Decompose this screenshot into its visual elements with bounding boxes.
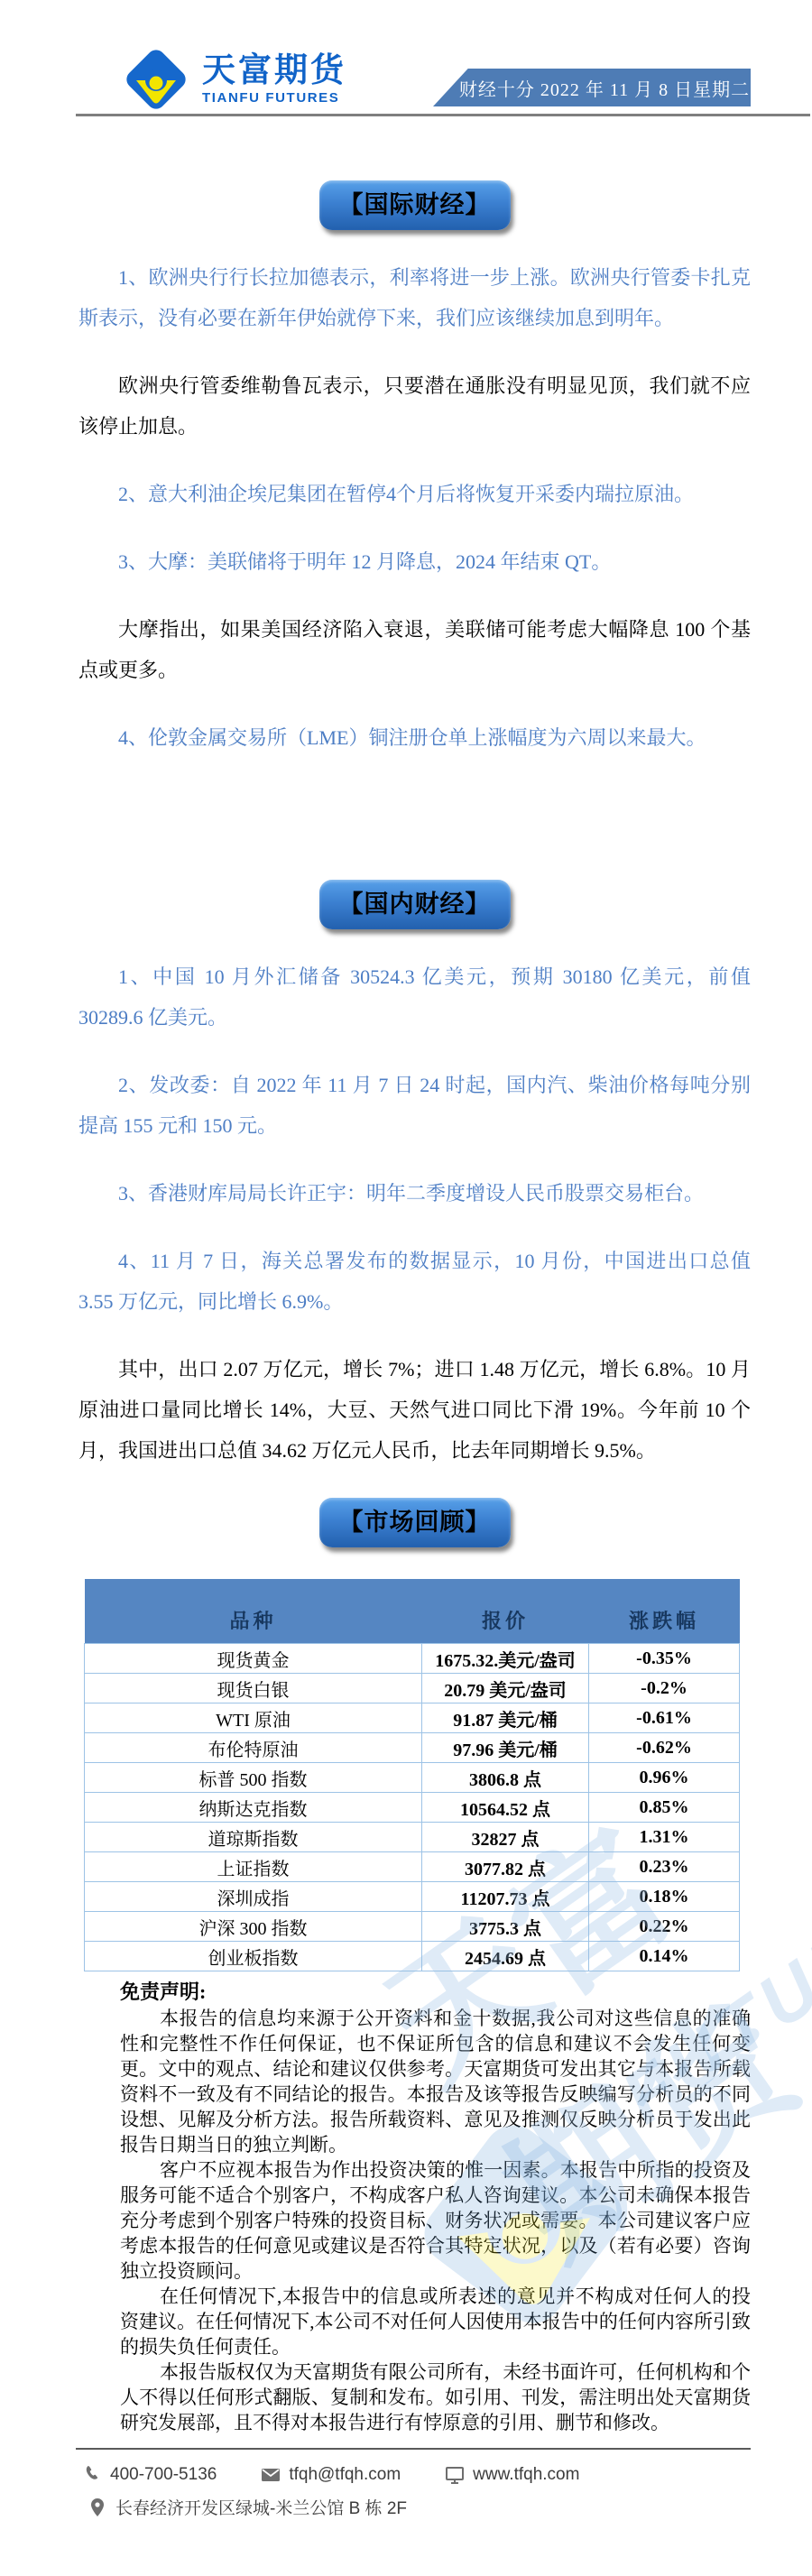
section-title-domestic: 【国内财经】	[319, 880, 511, 929]
date-banner: 财经十分 2022 年 11 月 8 日星期二	[433, 69, 751, 106]
instrument-name: 现货白银	[85, 1674, 422, 1703]
logo-title: 天富期货	[202, 52, 346, 88]
instrument-price: 3077.82 点	[422, 1852, 589, 1882]
table-header-row: 品种 报价 涨跌幅	[85, 1579, 740, 1644]
instrument-change: -0.62%	[589, 1733, 740, 1763]
instrument-change: 0.22%	[589, 1912, 740, 1942]
col-header-change: 涨跌幅	[589, 1579, 740, 1644]
instrument-name: 纳斯达克指数	[85, 1793, 422, 1823]
location-pin-icon	[87, 2497, 108, 2518]
header-divider	[76, 114, 810, 116]
domestic-paragraph-3: 3、香港财库局局长许正宇：明年二季度增设人民币股票交易柜台。	[78, 1173, 751, 1214]
domestic-paragraph-2: 2、发改委：自 2022 年 11 月 7 日 24 时起，国内汽、柴油价格每吨…	[78, 1065, 751, 1146]
instrument-name: 标普 500 指数	[85, 1763, 422, 1793]
instrument-name: 沪深 300 指数	[85, 1912, 422, 1942]
section-international: 【国际财经】	[78, 180, 751, 230]
logo-subtitle: TIANFU FUTURES	[202, 90, 346, 106]
disclaimer-paragraph-4: 本报告版权仅为天富期货有限公司所有，未经书面许可，任何机构和个人不得以任何形式翻…	[120, 2359, 751, 2435]
instrument-change: -0.35%	[589, 1644, 740, 1674]
disclaimer-paragraph-2: 客户不应视本报告为作出投资决策的惟一因素。本报告中所指的投资及服务可能不适合个别…	[120, 2157, 751, 2284]
footer-contacts: 400-700-5136 tfqh@tfqh.com www.tfqh.com	[81, 2464, 812, 2486]
instrument-name: 布伦特原油	[85, 1733, 422, 1763]
instrument-price: 1675.32.美元/盎司	[422, 1644, 589, 1674]
footer-address: 长春经济开发区绿城-米兰公馆 B 栋 2F	[87, 2495, 812, 2519]
table-row: 道琼斯指数32827 点1.31%	[85, 1823, 740, 1852]
instrument-name: 道琼斯指数	[85, 1823, 422, 1852]
table-row: 标普 500 指数3806.8 点0.96%	[85, 1763, 740, 1793]
col-header-price: 报价	[422, 1579, 589, 1644]
instrument-change: 1.31%	[589, 1823, 740, 1852]
market-review-table: 品种 报价 涨跌幅 现货黄金1675.32.美元/盎司-0.35% 现货白银20…	[84, 1579, 740, 1971]
instrument-name: 上证指数	[85, 1852, 422, 1882]
instrument-price: 97.96 美元/桶	[422, 1733, 589, 1763]
monitor-icon	[444, 2464, 466, 2486]
instrument-price: 32827 点	[422, 1823, 589, 1852]
instrument-name: 创业板指数	[85, 1942, 422, 1971]
intl-paragraph-3: 2、意大利油企埃尼集团在暂停4个月后将恢复开采委内瑞拉原油。	[78, 474, 751, 514]
instrument-name: WTI 原油	[85, 1703, 422, 1733]
company-logo: 天富期货 TIANFU FUTURES	[123, 43, 346, 115]
instrument-price: 3806.8 点	[422, 1763, 589, 1793]
disclaimer: 免责声明: 本报告的信息均来源于公开资料和金十数据,我公司对这些信息的准确性和完…	[120, 1979, 751, 2435]
instrument-price: 91.87 美元/桶	[422, 1703, 589, 1733]
mail-icon	[260, 2464, 281, 2486]
section-title-market-review: 【市场回顾】	[319, 1498, 511, 1547]
phone-group: 400-700-5136	[81, 2464, 217, 2486]
intl-paragraph-5: 大摩指出，如果美国经济陷入衰退，美联储可能考虑大幅降息 100 个基点或更多。	[78, 609, 751, 690]
table-row: 沪深 300 指数3775.3 点0.22%	[85, 1912, 740, 1942]
instrument-name: 现货黄金	[85, 1644, 422, 1674]
intl-paragraph-1: 1、欧洲央行行长拉加德表示，利率将进一步上涨。欧洲央行管委卡扎克斯表示，没有必要…	[78, 257, 751, 338]
domestic-paragraph-4: 4、11 月 7 日，海关总署发布的数据显示，10 月份，中国进出口总值 3.5…	[78, 1241, 751, 1322]
tianfu-diamond-logo-icon	[123, 43, 189, 115]
section-market-review: 【市场回顾】	[78, 1498, 751, 1547]
logo-text: 天富期货 TIANFU FUTURES	[202, 52, 346, 106]
address-group: 长春经济开发区绿城-米兰公馆 B 栋 2F	[87, 2495, 407, 2519]
instrument-change: 0.23%	[589, 1852, 740, 1882]
instrument-change: -0.61%	[589, 1703, 740, 1733]
table-row: 纳斯达克指数10564.52 点0.85%	[85, 1793, 740, 1823]
instrument-change: 0.96%	[589, 1763, 740, 1793]
disclaimer-heading: 免责声明:	[120, 1979, 751, 2006]
table-row: WTI 原油91.87 美元/桶-0.61%	[85, 1703, 740, 1733]
website-url[interactable]: www.tfqh.com	[473, 2465, 579, 2485]
instrument-price: 11207.73 点	[422, 1882, 589, 1912]
instrument-price: 20.79 美元/盎司	[422, 1674, 589, 1703]
disclaimer-paragraph-3: 在任何情况下,本报告中的信息或所表述的意见并不构成对任何人的投资建议。在任何情况…	[120, 2284, 751, 2359]
intl-paragraph-4: 3、大摩：美联储将于明年 12 月降息，2024 年结束 QT。	[78, 541, 751, 582]
newsletter-body: 【国际财经】 1、欧洲央行行长拉加德表示，利率将进一步上涨。欧洲央行管委卡扎克斯…	[78, 180, 751, 1971]
instrument-change: 0.14%	[589, 1942, 740, 1971]
intl-paragraph-6: 4、伦敦金属交易所（LME）铜注册仓单上涨幅度为六周以来最大。	[78, 717, 751, 758]
address-text: 长春经济开发区绿城-米兰公馆 B 栋 2F	[115, 2495, 407, 2519]
col-header-instrument: 品种	[85, 1579, 422, 1644]
table-row: 现货黄金1675.32.美元/盎司-0.35%	[85, 1644, 740, 1674]
section-title-international: 【国际财经】	[319, 180, 511, 230]
instrument-change: 0.18%	[589, 1882, 740, 1912]
instrument-name: 深圳成指	[85, 1882, 422, 1912]
disclaimer-paragraph-1: 本报告的信息均来源于公开资料和金十数据,我公司对这些信息的准确性和完整性不作任何…	[120, 2006, 751, 2157]
section-domestic: 【国内财经】	[78, 880, 751, 929]
table-row: 上证指数3077.82 点0.23%	[85, 1852, 740, 1882]
phone-icon	[81, 2464, 103, 2486]
instrument-price: 10564.52 点	[422, 1793, 589, 1823]
page-header: 天富期货 TIANFU FUTURES 财经十分 2022 年 11 月 8 日…	[0, 0, 812, 117]
table-row: 创业板指数2454.69 点0.14%	[85, 1942, 740, 1971]
phone-number: 400-700-5136	[110, 2465, 217, 2485]
footer-divider	[76, 2448, 751, 2450]
instrument-price: 2454.69 点	[422, 1942, 589, 1971]
table-row: 布伦特原油97.96 美元/桶-0.62%	[85, 1733, 740, 1763]
table-row: 深圳成指11207.73 点0.18%	[85, 1882, 740, 1912]
instrument-price: 3775.3 点	[422, 1912, 589, 1942]
email-group: tfqh@tfqh.com	[260, 2464, 401, 2486]
website-group: www.tfqh.com	[444, 2464, 579, 2486]
domestic-paragraph-1: 1、中国 10 月外汇储备 30524.3 亿美元，预期 30180 亿美元，前…	[78, 956, 751, 1038]
instrument-change: -0.2%	[589, 1674, 740, 1703]
email-address[interactable]: tfqh@tfqh.com	[289, 2465, 401, 2485]
domestic-paragraph-5: 其中，出口 2.07 万亿元，增长 7%；进口 1.48 万亿元，增长 6.8%…	[78, 1349, 751, 1471]
intl-paragraph-2: 欧洲央行管委维勒鲁瓦表示，只要潜在通胀没有明显见顶，我们就不应该停止加息。	[78, 365, 751, 447]
instrument-change: 0.85%	[589, 1793, 740, 1823]
table-row: 现货白银20.79 美元/盎司-0.2%	[85, 1674, 740, 1703]
